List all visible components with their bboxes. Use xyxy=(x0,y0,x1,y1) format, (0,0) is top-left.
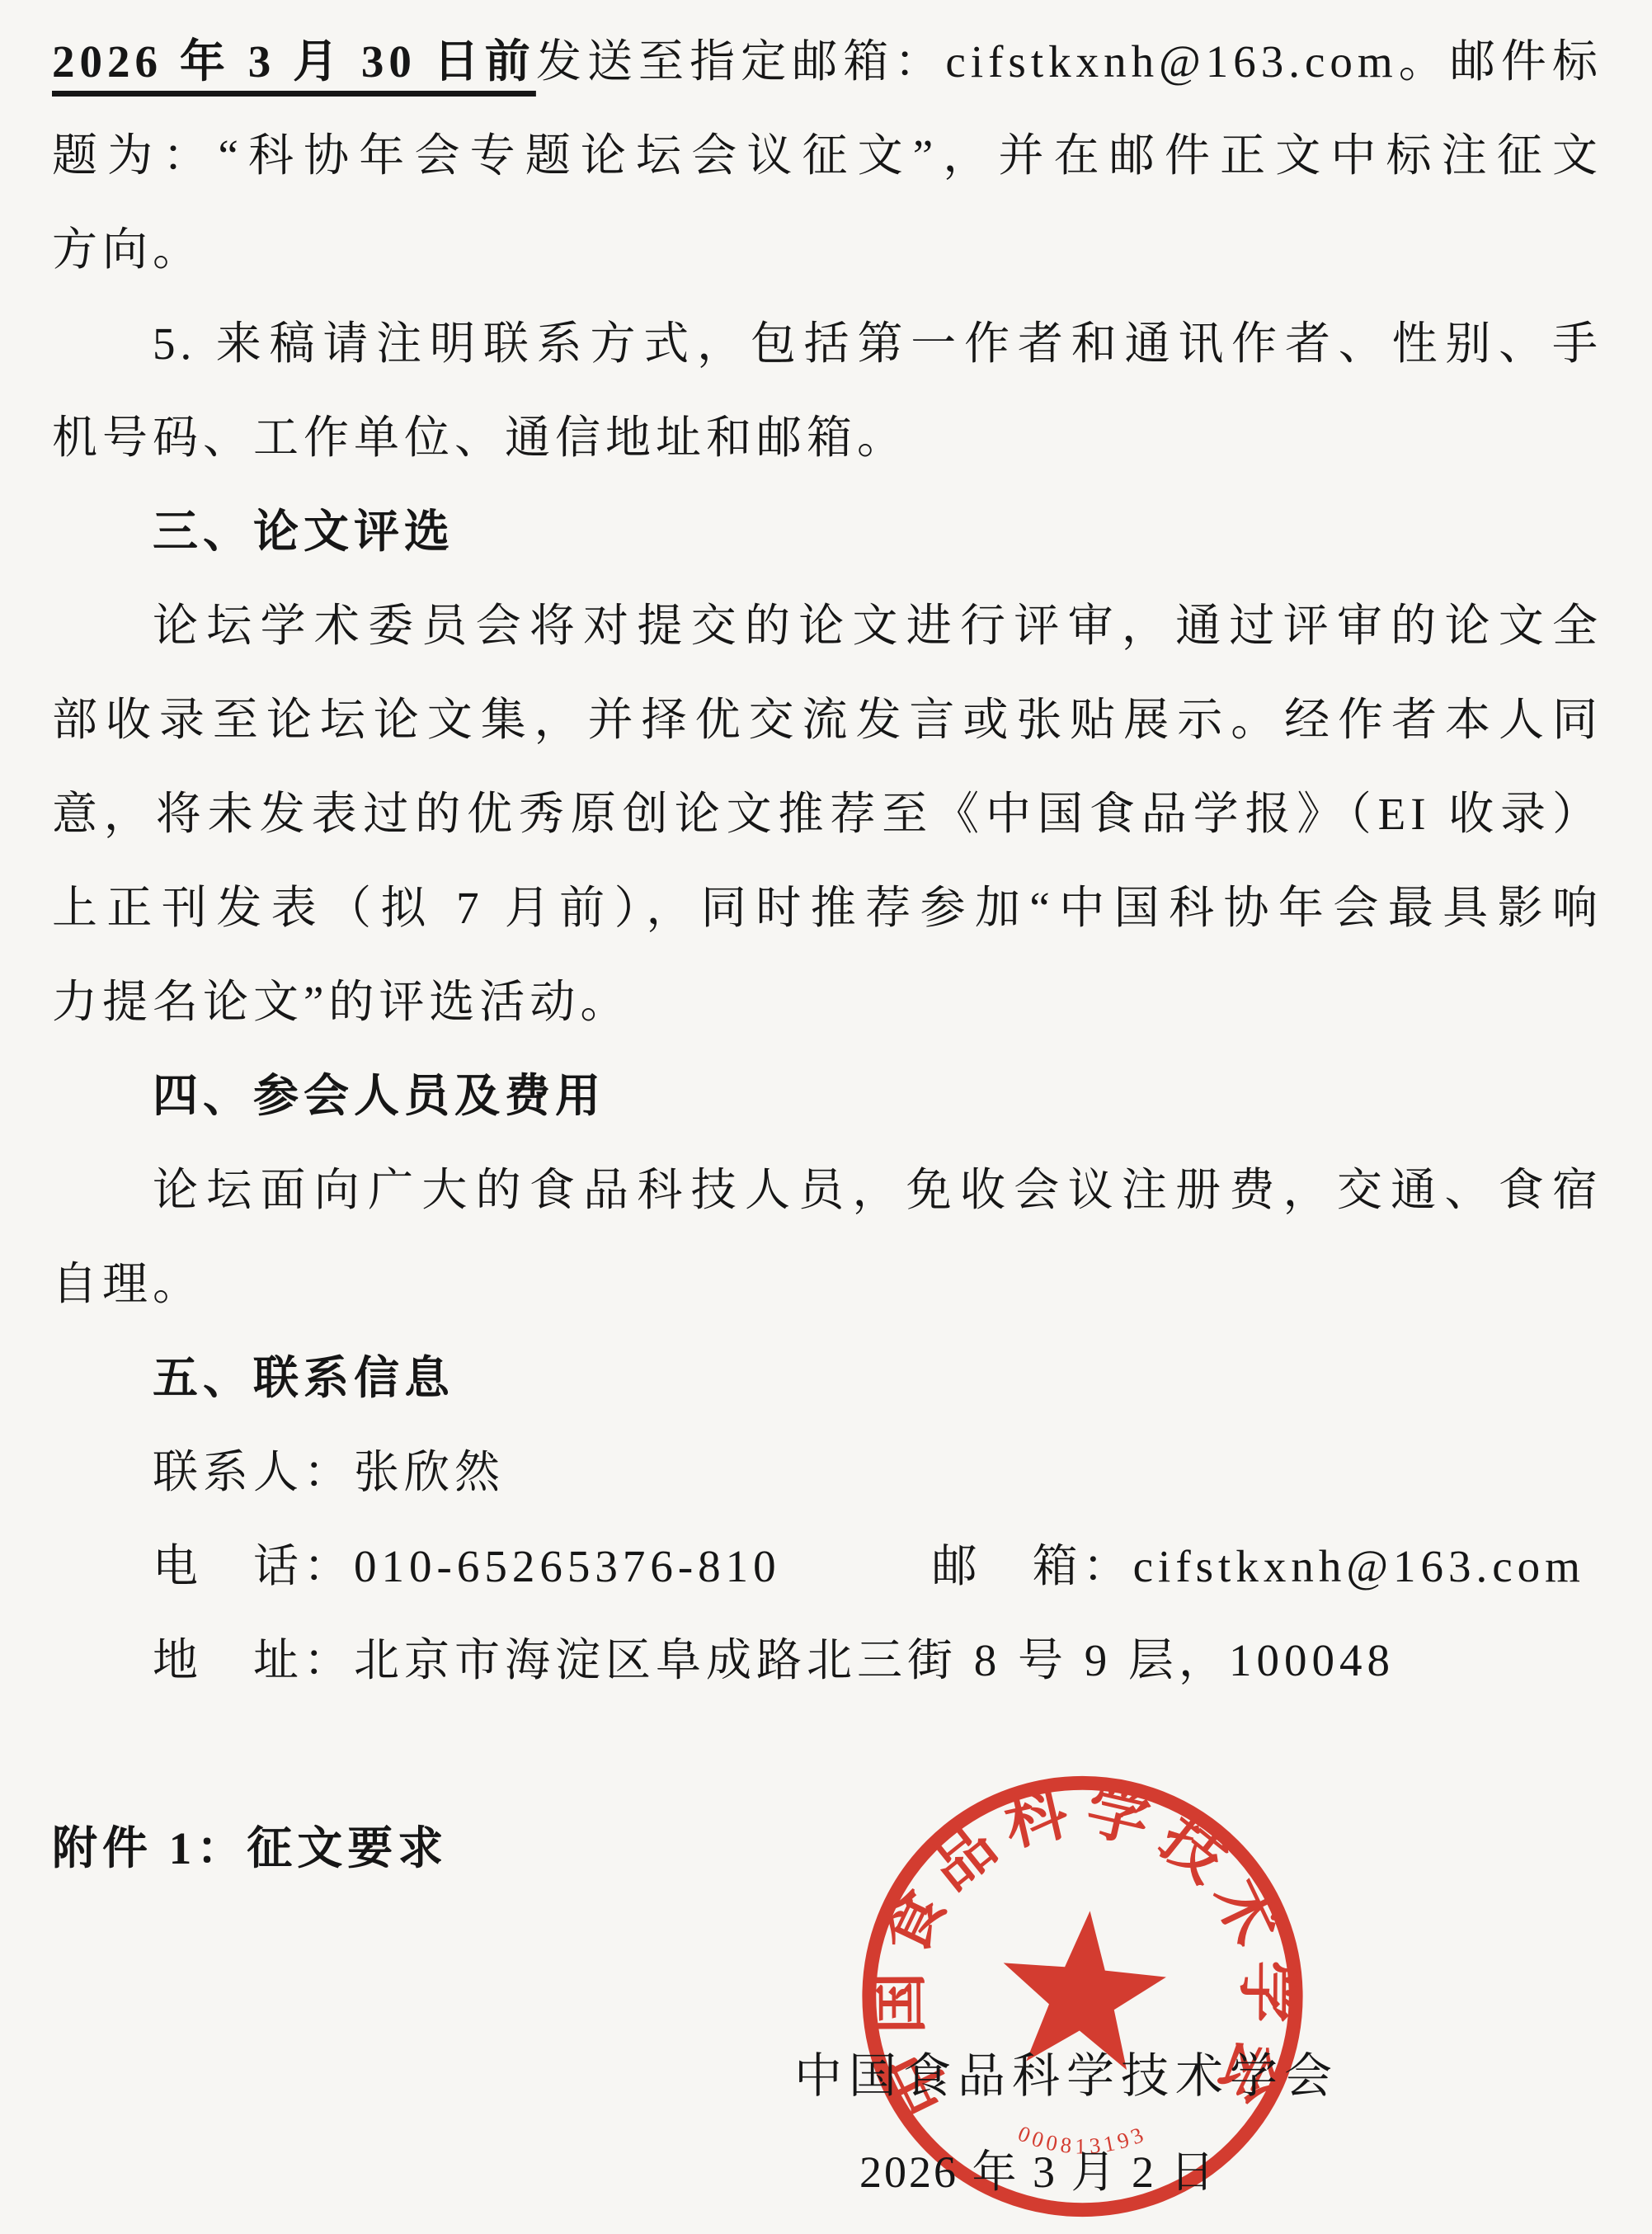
blank-line xyxy=(52,1708,1603,1802)
text-segment: 自理。 xyxy=(52,1259,203,1309)
text-line: 力提名论文”的评选活动。 xyxy=(52,955,1603,1049)
text-line: 论坛面向广大的食品科技人员，免收会议注册费，交通、食宿 xyxy=(52,1143,1603,1237)
text-segment: 联系人：张欣然 xyxy=(153,1447,505,1497)
text-line: 机号码、工作单位、通信地址和邮箱。 xyxy=(52,391,1603,485)
deadline-rest: 发送至指定邮箱：cifstkxnh@163.com。邮件标 xyxy=(536,36,1603,87)
heading-text: 四、参会人员及费用 xyxy=(153,1071,605,1121)
contact-person-line: 联系人：张欣然 xyxy=(52,1426,1603,1520)
text-segment: 力提名论文”的评选活动。 xyxy=(52,977,630,1027)
text-line: 方向。 xyxy=(52,203,1603,297)
text-line: 部收录至论坛论文集，并择优交流发言或张贴展示。经作者本人同 xyxy=(52,673,1603,767)
text-segment: 电 话：010-65265376-810 邮 箱：cifstkxnh@163.c… xyxy=(153,1541,1585,1591)
text-line: 5. 来稿请注明联系方式，包括第一作者和通讯作者、性别、手 xyxy=(52,297,1603,391)
text-segment: 论坛面向广大的食品科技人员，免收会议注册费，交通、食宿 xyxy=(153,1165,1603,1215)
text-segment: 题为：“科协年会专题论坛会议征文”，并在邮件正文中标注征文 xyxy=(52,130,1603,181)
text-segment: 部收录至论坛论文集，并择优交流发言或张贴展示。经作者本人同 xyxy=(52,695,1603,745)
deadline-line: 2026 年 3 月 30 日前发送至指定邮箱：cifstkxnh@163.co… xyxy=(52,15,1603,109)
deadline-emphasis: 2026 年 3 月 30 日前 xyxy=(52,36,536,87)
text-segment: 方向。 xyxy=(52,224,203,275)
contact-address-line: 地 址：北京市海淀区阜成路北三街 8 号 9 层，100048 xyxy=(52,1614,1603,1708)
document-page: 2026 年 3 月 30 日前发送至指定邮箱：cifstkxnh@163.co… xyxy=(0,0,1652,2234)
signature-organization: 中国食品科学技术学会 xyxy=(794,2039,1355,2114)
section-heading-5: 五、联系信息 xyxy=(52,1331,1603,1426)
attachment-line: 附件 1：征文要求 xyxy=(52,1802,1603,1896)
text-segment: 机号码、工作单位、通信地址和邮箱。 xyxy=(52,412,907,463)
section-heading-4: 四、参会人员及费用 xyxy=(52,1049,1603,1143)
signature-date: 2026 年 3 月 2 日 xyxy=(859,2135,1217,2209)
attachment-text: 附件 1：征文要求 xyxy=(52,1823,448,1873)
section-heading-3: 三、论文评选 xyxy=(52,485,1603,579)
contact-phone-email-line: 电 话：010-65265376-810 邮 箱：cifstkxnh@163.c… xyxy=(52,1520,1603,1614)
heading-text: 五、联系信息 xyxy=(153,1353,454,1403)
document-body: 2026 年 3 月 30 日前发送至指定邮箱：cifstkxnh@163.co… xyxy=(52,15,1603,1896)
text-segment: 地 址：北京市海淀区阜成路北三街 8 号 9 层，100048 xyxy=(153,1635,1395,1685)
text-segment: 上正刊发表（拟 7 月前），同时推荐参加“中国科协年会最具影响 xyxy=(52,883,1603,933)
text-line: 题为：“科协年会专题论坛会议征文”，并在邮件正文中标注征文 xyxy=(52,109,1603,203)
heading-text: 三、论文评选 xyxy=(153,507,454,557)
text-line: 论坛学术委员会将对提交的论文进行评审，通过评审的论文全 xyxy=(52,579,1603,673)
text-segment: 5. 来稿请注明联系方式，包括第一作者和通讯作者、性别、手 xyxy=(153,318,1603,369)
text-segment: 论坛学术委员会将对提交的论文进行评审，通过评审的论文全 xyxy=(153,601,1603,651)
text-segment: 意，将未发表过的优秀原创论文推荐至《中国食品学报》（EI 收录） xyxy=(52,789,1603,839)
text-line: 自理。 xyxy=(52,1237,1603,1331)
text-line: 意，将未发表过的优秀原创论文推荐至《中国食品学报》（EI 收录） xyxy=(52,767,1603,861)
text-line: 上正刊发表（拟 7 月前），同时推荐参加“中国科协年会最具影响 xyxy=(52,861,1603,955)
